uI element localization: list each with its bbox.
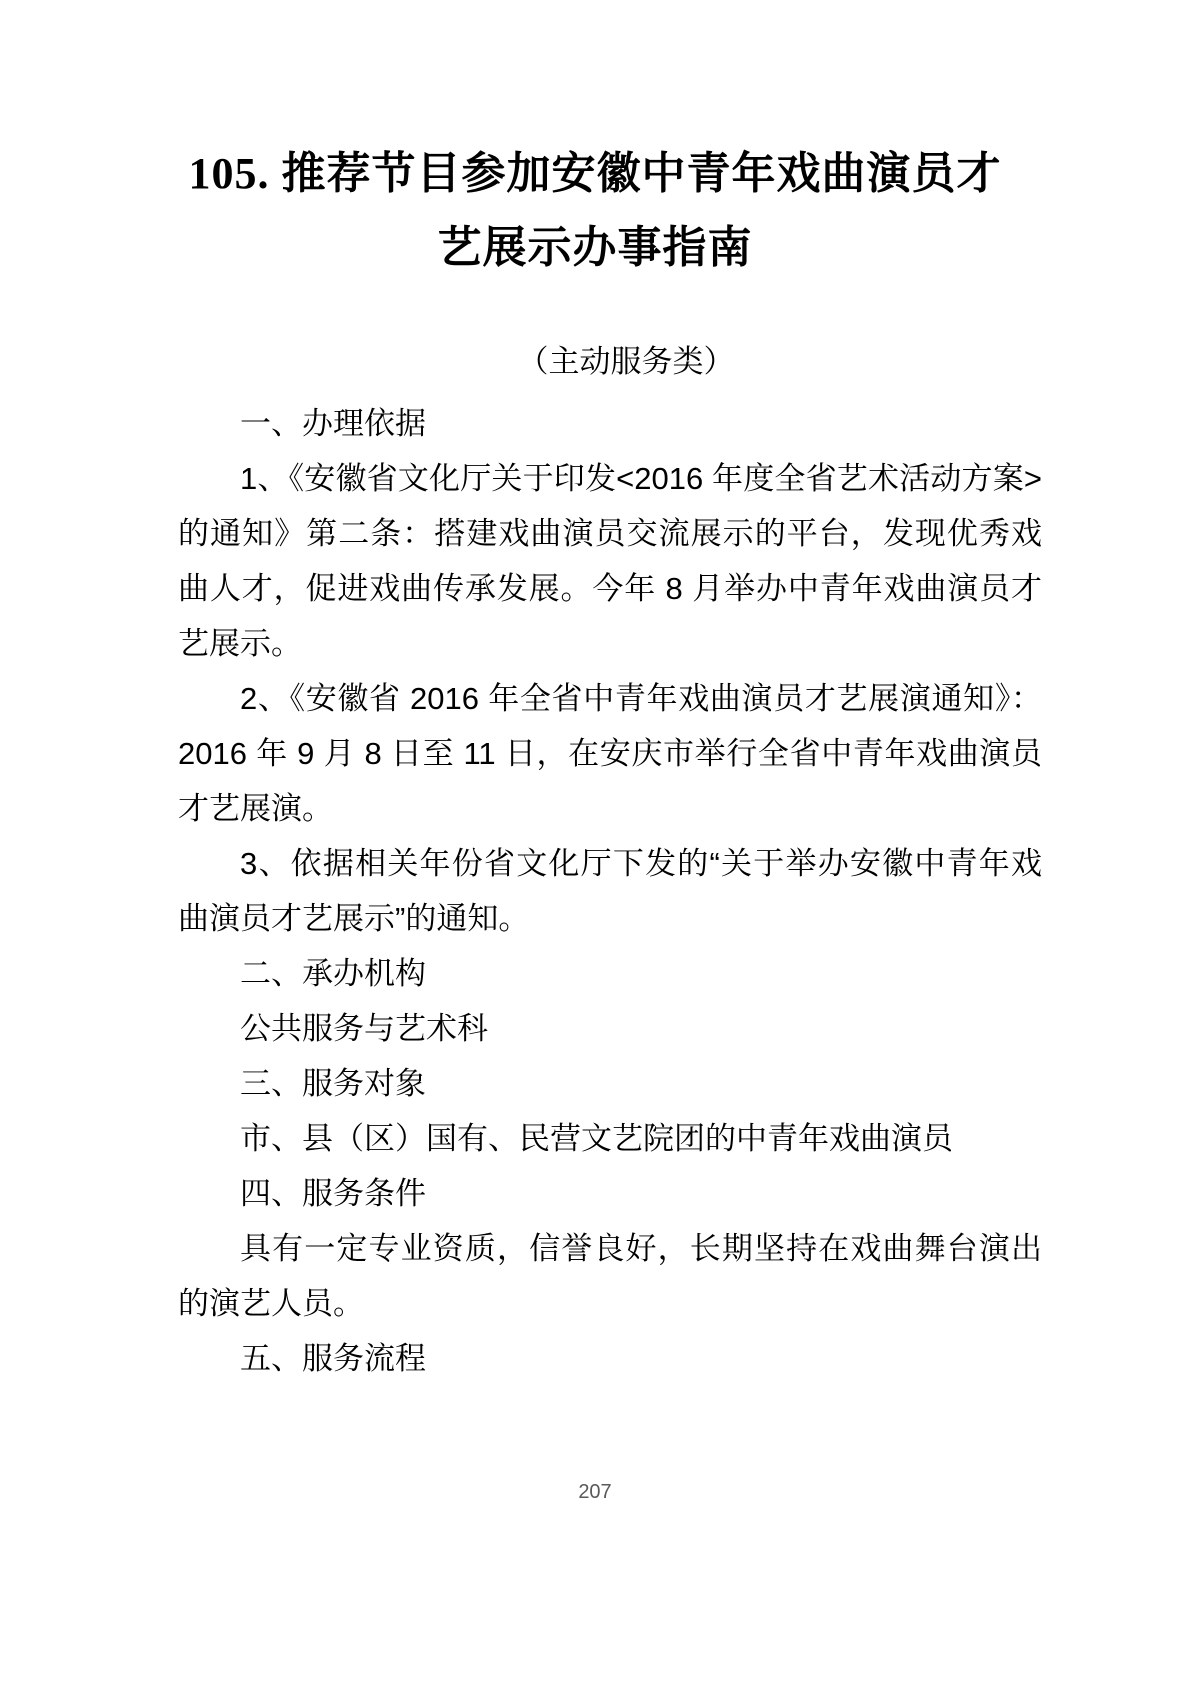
section-heading-basis: 一、办理依据 [178, 396, 1042, 451]
basis-item-1: 1、《安徽省文化厅关于印发<2016 年度全省艺术活动方案>的通知》第二条：搭建… [178, 451, 1042, 671]
document-page: 105. 推荐节目参加安徽中青年戏曲演员才 艺展示办事指南 （主动服务类） 一、… [0, 0, 1190, 1683]
page-title-line-1: 105. 推荐节目参加安徽中青年戏曲演员才 [0, 137, 1190, 211]
document-body: 一、办理依据 1、《安徽省文化厅关于印发<2016 年度全省艺术活动方案>的通知… [178, 396, 1042, 1386]
section-heading-service-target: 三、服务对象 [178, 1056, 1042, 1111]
page-title-line-2: 艺展示办事指南 [0, 211, 1190, 285]
service-target-text: 市、县（区）国有、民营文艺院团的中青年戏曲演员 [178, 1111, 1042, 1166]
section-heading-service-process: 五、服务流程 [178, 1331, 1042, 1386]
organizer-text: 公共服务与艺术科 [178, 1001, 1042, 1056]
page-number: 207 [0, 1478, 1190, 1506]
basis-item-2: 2、《安徽省 2016 年全省中青年戏曲演员才艺展演通知》：2016 年 9 月… [178, 671, 1042, 836]
section-heading-organizer: 二、承办机构 [178, 946, 1042, 1001]
page-title: 105. 推荐节目参加安徽中青年戏曲演员才 艺展示办事指南 [0, 137, 1190, 285]
service-condition-text: 具有一定专业资质，信誉良好，长期坚持在戏曲舞台演出的演艺人员。 [178, 1221, 1042, 1331]
basis-item-3: 3、依据相关年份省文化厅下发的“关于举办安徽中青年戏曲演员才艺展示”的通知。 [178, 836, 1042, 946]
section-heading-service-condition: 四、服务条件 [178, 1166, 1042, 1221]
service-category-subtitle: （主动服务类） [0, 334, 1190, 389]
